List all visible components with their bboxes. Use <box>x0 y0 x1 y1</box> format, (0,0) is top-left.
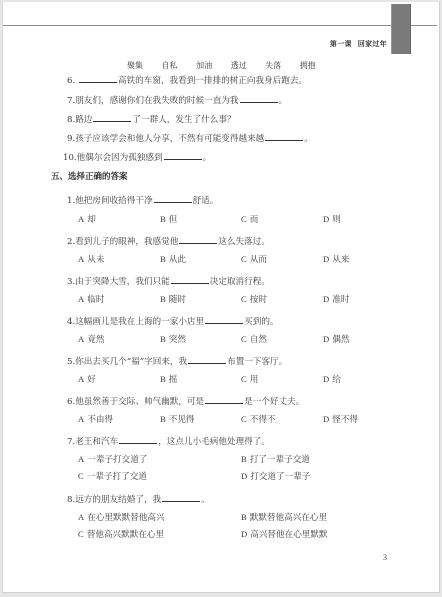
item-number: 8. <box>67 115 75 125</box>
question-text-before: 你出去买几个“福”字回来，我 <box>75 357 187 367</box>
lesson-title: 回家过年 <box>358 40 387 48</box>
fill-item-7: 7.朋友们，感谢你们在我失败的时候一直为我。 <box>67 94 287 106</box>
running-head: 第一课回家过年 <box>330 39 387 49</box>
option-d[interactable]: D则 <box>323 213 341 225</box>
option-b[interactable]: B不见得 <box>160 413 195 425</box>
question-text-after: 这么失落过。 <box>218 237 270 247</box>
question-text-after: ，这点儿小毛病他处理得了。 <box>158 437 270 447</box>
option-d[interactable]: D给 <box>323 373 341 385</box>
question-text-before: 这幅画儿是我在上海的一家小店里 <box>75 317 204 327</box>
word-bank-item: 自私 <box>162 60 178 71</box>
item-text-after: 。 <box>279 96 288 106</box>
answer-blank <box>162 493 200 502</box>
question-5: 5.你出去买几个“福”字回来，我布置一下客厅。 <box>67 355 287 367</box>
option-b[interactable]: B摇 <box>160 373 177 385</box>
option-d[interactable]: D高兴替他在心里默默 <box>241 528 328 540</box>
option-c[interactable]: C按时 <box>241 293 267 305</box>
chapter-thumb-tab <box>391 4 411 54</box>
option-d[interactable]: D从来 <box>323 253 349 265</box>
option-d[interactable]: D偶然 <box>323 333 349 345</box>
word-bank-item: 加油 <box>196 60 212 71</box>
option-b[interactable]: B打了一辈子交道 <box>241 453 310 465</box>
header-rule <box>3 25 437 26</box>
word-bank-item: 透过 <box>231 60 247 71</box>
item-text-before: 孩子应该学会和他人分享，不然有可能变得越来越 <box>75 134 264 144</box>
question-number: 1. <box>67 196 75 206</box>
answer-blank <box>265 132 303 141</box>
question-text-before: 老王和汽车 <box>75 437 118 447</box>
item-text-before: 朋友们，感谢你们在我失败的时候一直为我 <box>75 96 238 106</box>
question-text-before: 看到儿子的眼神，我感觉他 <box>75 237 178 247</box>
answer-blank <box>240 94 278 103</box>
option-a[interactable]: A好 <box>78 373 96 385</box>
item-text-before: 路边 <box>75 115 92 125</box>
option-a[interactable]: A临时 <box>78 293 104 305</box>
fill-item-9: 9.孩子应该学会和他人分享，不然有可能变得越来越。 <box>67 132 313 144</box>
question-number: 5. <box>67 357 75 367</box>
option-c[interactable]: C用 <box>241 373 258 385</box>
page-number: 3 <box>383 553 387 562</box>
item-text-after: 高铁的车窗，我看到一排排的树正向我身后跑去。 <box>118 76 307 86</box>
question-text-after: 买到的。 <box>244 317 278 327</box>
option-a[interactable]: A不由得 <box>78 413 113 425</box>
answer-blank <box>205 315 243 324</box>
section-title: 五、选择正确的答案 <box>51 170 128 182</box>
question-6: 6.他虽然善于交际、帅气幽默，可是是一个好丈夫。 <box>67 395 304 407</box>
answer-blank <box>164 151 202 160</box>
question-3: 3.由于突降大雪，我们只能决定取消行程。 <box>67 275 270 287</box>
option-a[interactable]: A一辈子打交道了 <box>78 453 147 465</box>
option-c[interactable]: C从而 <box>241 253 267 265</box>
question-text-before: 他虽然善于交际、帅气幽默，可是 <box>75 397 204 407</box>
question-4: 4.这幅画儿是我在上海的一家小店里买到的。 <box>67 315 279 327</box>
answer-blank <box>188 355 226 364</box>
question-text-after: 。 <box>201 495 210 505</box>
question-text-before: 远方的朋友结婚了，我 <box>75 495 161 505</box>
question-text-before: 由于突降大雪，我们只能 <box>75 277 170 287</box>
word-bank: 聚集 自私 加油 透过 失落 拥抱 <box>127 60 332 71</box>
item-text-before: 他偶尔会因为孤独感到 <box>77 153 163 163</box>
item-text-after: 了一群人，发生了什么事？ <box>132 115 235 125</box>
option-c[interactable]: C一辈子打了交道 <box>78 470 147 482</box>
item-number: 10. <box>63 153 77 163</box>
question-number: 3. <box>67 277 75 287</box>
option-b[interactable]: B突然 <box>160 333 186 345</box>
answer-blank <box>119 435 157 444</box>
option-c[interactable]: C自然 <box>241 333 267 345</box>
option-a[interactable]: A在心里默默替他高兴 <box>78 511 165 523</box>
answer-blank <box>93 113 131 122</box>
option-a[interactable]: A却 <box>78 213 96 225</box>
lesson-number: 第一课 <box>330 40 352 48</box>
fill-item-10: 10.他偶尔会因为孤独感到。 <box>63 151 211 163</box>
item-number: 9. <box>67 134 75 144</box>
question-8: 8.远方的朋友结婚了，我。 <box>67 493 210 505</box>
item-number: 7. <box>67 96 75 106</box>
word-bank-item: 拥抱 <box>300 60 316 71</box>
option-d[interactable]: D准时 <box>323 293 349 305</box>
item-text-after: 。 <box>304 134 313 144</box>
item-number: 6. <box>67 76 75 86</box>
option-c[interactable]: C替他高兴默默在心里 <box>78 528 164 540</box>
item-text-after: 。 <box>203 153 212 163</box>
question-text-after: 决定取消行程。 <box>210 277 270 287</box>
option-c[interactable]: C不得不 <box>241 413 276 425</box>
word-bank-item: 失落 <box>265 60 281 71</box>
answer-blank <box>171 275 209 284</box>
question-text-after: 是一个好丈夫。 <box>244 397 304 407</box>
option-b[interactable]: B随时 <box>160 293 186 305</box>
question-text-after: 布置一下客厅。 <box>227 357 287 367</box>
question-number: 6. <box>67 397 75 407</box>
question-1: 1.他把房间收拾得干净舒适。 <box>67 194 218 206</box>
option-a[interactable]: A竟然 <box>78 333 104 345</box>
question-number: 8. <box>67 495 75 505</box>
question-text-before: 他把房间收拾得干净 <box>75 196 152 206</box>
answer-blank <box>154 194 192 203</box>
option-d[interactable]: D怪不得 <box>323 413 358 425</box>
option-d[interactable]: D打交道了一辈子 <box>241 470 310 482</box>
word-bank-item: 聚集 <box>127 60 143 71</box>
question-7: 7.老王和汽车，这点儿小毛病他处理得了。 <box>67 435 270 447</box>
fill-item-6: 6. 高铁的车窗，我看到一排排的树正向我身后跑去。 <box>67 74 307 86</box>
question-number: 4. <box>67 317 75 327</box>
question-2: 2.看到儿子的眼神，我感觉他这么失落过。 <box>67 235 270 247</box>
answer-blank <box>79 74 117 83</box>
option-b[interactable]: B但 <box>160 213 177 225</box>
option-a[interactable]: A从未 <box>78 253 104 265</box>
answer-blank <box>179 235 217 244</box>
document-page: 第一课回家过年 聚集 自私 加油 透过 失落 拥抱 6. 高铁的车窗，我看到一排… <box>2 2 440 593</box>
option-c[interactable]: C而 <box>241 213 258 225</box>
question-text-after: 舒适。 <box>193 196 219 206</box>
fill-item-8: 8.路边了一群人，发生了什么事？ <box>67 113 236 125</box>
question-number: 7. <box>67 437 75 447</box>
option-b[interactable]: B默默替他高兴在心里 <box>241 511 327 523</box>
option-b[interactable]: B从此 <box>160 253 186 265</box>
answer-blank <box>205 395 243 404</box>
question-number: 2. <box>67 237 75 247</box>
